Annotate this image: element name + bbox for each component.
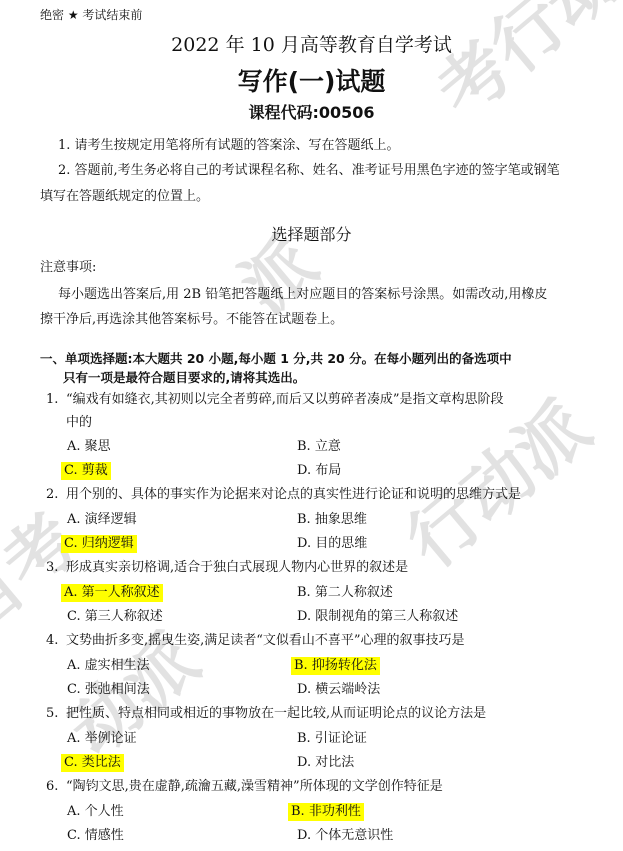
notice-line1: 每小题选出答案后,用 2B 铅笔把答题纸上对应题目的答案标号涂黑。如需改动,用橡… xyxy=(58,287,547,303)
question-number: 1. xyxy=(46,392,58,408)
option-b-highlighted: B. 抑扬转化法 xyxy=(291,657,380,675)
option-a: A. 虚实相生法 xyxy=(64,657,153,675)
notice-label: 注意事项: xyxy=(40,260,96,276)
secret-label: 绝密 ★ 考试结束前 xyxy=(40,6,142,23)
option-b: B. 引证论证 xyxy=(294,730,370,748)
option-c: C. 情感性 xyxy=(64,827,127,845)
question-stem: 把性质、特点相同或相近的事物放在一起比较,从而证明论点的议论方法是 xyxy=(66,706,486,722)
part1-heading-line2: 只有一项是最符合题目要求的,请将其选出。 xyxy=(63,370,305,386)
section-title: 选择题部分 xyxy=(0,222,623,245)
option-d: D. 对比法 xyxy=(294,754,357,772)
question-stem: 文势曲折多变,摇曳生姿,满足读者“文似看山不喜平”心理的叙事技巧是 xyxy=(66,633,465,649)
question-stem-cont: 中的 xyxy=(66,415,92,431)
option-b: B. 立意 xyxy=(294,438,344,456)
option-c-highlighted: C. 类比法 xyxy=(61,754,124,772)
instruction-2-line1: 2. 答题前,考生务必将自己的考试课程名称、姓名、准考证号用黑色字迹的签字笔或钢… xyxy=(58,163,560,179)
question-number: 2. xyxy=(46,487,58,503)
question-stem: “陶钧文思,贵在虚静,疏瀹五藏,澡雪精神”所体现的文学创作特征是 xyxy=(66,779,443,795)
notice-line2: 擦干净后,再选涂其他答案标号。不能答在试题卷上。 xyxy=(40,312,343,328)
option-d: D. 个体无意识性 xyxy=(294,827,396,845)
option-b-highlighted: B. 非功利性 xyxy=(288,803,364,821)
option-d: D. 横云端岭法 xyxy=(294,681,383,699)
question-stem: 用个别的、具体的事实作为论据来对论点的真实性进行论证和说明的思维方式是 xyxy=(66,487,521,503)
question-stem: “编戏有如缝衣,其初则以完全者剪碎,而后又以剪碎者凑成”是指文章构思阶段 xyxy=(66,392,504,408)
exam-title: 2022 年 10 月高等教育自学考试 xyxy=(0,30,623,57)
option-b: B. 抽象思维 xyxy=(294,511,370,529)
question-number: 5. xyxy=(46,706,58,722)
option-a-highlighted: A. 第一人称叙述 xyxy=(61,584,163,602)
option-c-highlighted: C. 剪裁 xyxy=(61,462,111,480)
option-b: B. 第二人称叙述 xyxy=(294,584,396,602)
option-a: A. 举例论证 xyxy=(64,730,140,748)
option-a: A. 演绎逻辑 xyxy=(64,511,140,529)
question-number: 6. xyxy=(46,779,58,795)
option-d: D. 限制视角的第三人称叙述 xyxy=(294,608,461,626)
option-c-highlighted: C. 归纳逻辑 xyxy=(61,535,137,553)
option-d: D. 布局 xyxy=(294,462,344,480)
instruction-1: 1. 请考生按规定用笔将所有试题的答案涂、写在答题纸上。 xyxy=(58,138,400,154)
instruction-2-line2: 填写在答题纸规定的位置上。 xyxy=(40,189,209,205)
part1-heading-line1: 一、单项选择题:本大题共 20 小题,每小题 1 分,共 20 分。在每小题列出… xyxy=(40,351,512,367)
course-code: 课程代码:00506 xyxy=(0,100,623,123)
option-d: D. 目的思维 xyxy=(294,535,370,553)
question-number: 3. xyxy=(46,560,58,576)
question-number: 4. xyxy=(46,633,58,649)
question-stem: 形成真实亲切格调,适合于独白式展现人物内心世界的叙述是 xyxy=(66,560,408,576)
option-a: A. 个人性 xyxy=(64,803,127,821)
option-c: C. 第三人称叙述 xyxy=(64,608,166,626)
option-a: A. 聚思 xyxy=(64,438,114,456)
option-c: C. 张弛相间法 xyxy=(64,681,153,699)
subject-title: 写作(一)试题 xyxy=(0,62,623,98)
